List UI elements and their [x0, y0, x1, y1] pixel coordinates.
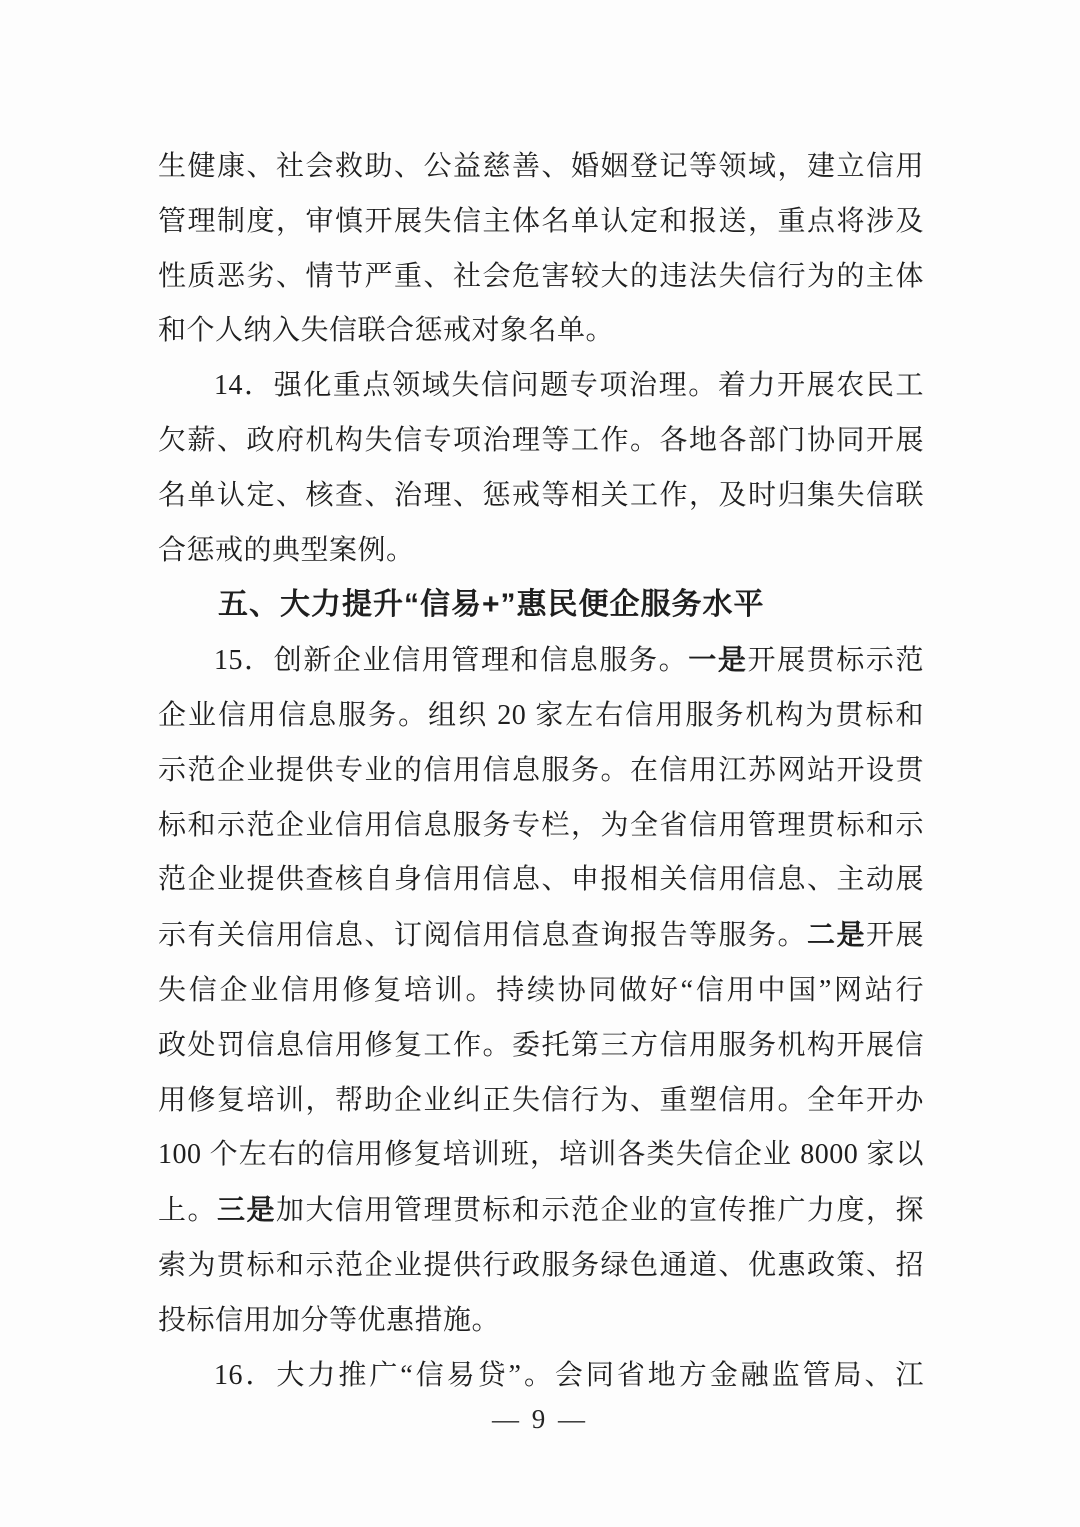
text-line: 上。三是加大信用管理贯标和示范企业的宣传推广力度，探 [158, 1183, 924, 1239]
text-run: 14．强化重点领域失信问题专项治理。着力开展农民工 [214, 370, 924, 401]
text-run: 开展贯标示范 [747, 645, 924, 676]
bold-run: 一是 [688, 644, 747, 675]
text-line: 五、大力提升“信易+”惠民便企服务水平 [158, 578, 924, 633]
text-run: 16．大力推广“信易贷”。会同省地方金融监管局、江 [214, 1360, 924, 1391]
text-run: 示有关信用信息、订阅信用信息查询报告等服务。 [158, 920, 807, 951]
text-run: 15．创新企业信用管理和信息服务。 [214, 645, 688, 676]
text-line: 索为贯标和示范企业提供行政服务绿色通道、优惠政策、招 [158, 1239, 924, 1294]
paragraph-continuation: 生健康、社会救助、公益慈善、婚姻登记等领域，建立信用管理制度，审慎开展失信主体名… [158, 140, 924, 359]
text-line: 生健康、社会救助、公益慈善、婚姻登记等领域，建立信用 [158, 140, 924, 195]
text-run: 投标信用加分等优惠措施。 [158, 1305, 500, 1336]
text-line: 失信企业信用修复培训。持续协同做好“信用中国”网站行 [158, 964, 924, 1019]
text-line: 示有关信用信息、订阅信用信息查询报告等服务。二是开展 [158, 908, 924, 964]
section-heading-5: 五、大力提升“信易+”惠民便企服务水平 [158, 578, 924, 633]
text-line: 性质恶劣、情节严重、社会危害较大的违法失信行为的主体 [158, 250, 924, 305]
text-line: 政处罚信息信用修复工作。委托第三方信用服务机构开展信 [158, 1019, 924, 1074]
text-line: 合惩戒的典型案例。 [158, 524, 924, 579]
text-line: 16．大力推广“信易贷”。会同省地方金融监管局、江 [158, 1349, 924, 1404]
text-run: 标和示范企业信用信息服务专栏，为全省信用管理贯标和示 [158, 810, 924, 841]
item-16: 16．大力推广“信易贷”。会同省地方金融监管局、江 [158, 1349, 924, 1404]
text-line: 100 个左右的信用修复培训班，培训各类失信企业 8000 家以 [158, 1128, 924, 1183]
text-run: 合惩戒的典型案例。 [158, 535, 415, 566]
text-run: 欠薪、政府机构失信专项治理等工作。各地各部门协同开展 [158, 425, 924, 456]
text-run: 范企业提供查核自身信用信息、申报相关信用信息、主动展 [158, 864, 924, 895]
text-line: 标和示范企业信用信息服务专栏，为全省信用管理贯标和示 [158, 799, 924, 854]
text-run: 加大信用管理贯标和示范企业的宣传推广力度，探 [276, 1195, 924, 1226]
text-line: 投标信用加分等优惠措施。 [158, 1294, 924, 1349]
text-run: 生健康、社会救助、公益慈善、婚姻登记等领域，建立信用 [158, 151, 924, 182]
text-line: 企业信用信息服务。组织 20 家左右信用服务机构为贯标和 [158, 689, 924, 744]
text-run: 和个人纳入失信联合惩戒对象名单。 [158, 315, 614, 346]
text-line: 用修复培训，帮助企业纠正失信行为、重塑信用。全年开办 [158, 1074, 924, 1129]
item-15: 15．创新企业信用管理和信息服务。一是开展贯标示范企业信用信息服务。组织 20 … [158, 633, 924, 1348]
text-line: 名单认定、核查、治理、惩戒等相关工作，及时归集失信联 [158, 469, 924, 524]
bold-run: 五、大力提升“信易+”惠民便企服务水平 [218, 588, 765, 621]
text-run: 示范企业提供专业的信用信息服务。在信用江苏网站开设贯 [158, 755, 924, 786]
page-number: — 9 — [0, 1398, 1080, 1440]
document-page: 生健康、社会救助、公益慈善、婚姻登记等领域，建立信用管理制度，审慎开展失信主体名… [0, 0, 1080, 1527]
bold-run: 三是 [217, 1194, 276, 1225]
text-run: 用修复培训，帮助企业纠正失信行为、重塑信用。全年开办 [158, 1085, 924, 1116]
text-line: 和个人纳入失信联合惩戒对象名单。 [158, 304, 924, 359]
text-run: 名单认定、核查、治理、惩戒等相关工作，及时归集失信联 [158, 480, 924, 511]
text-line: 示范企业提供专业的信用信息服务。在信用江苏网站开设贯 [158, 744, 924, 799]
text-line: 14．强化重点领域失信问题专项治理。着力开展农民工 [158, 359, 924, 414]
text-run: 企业信用信息服务。组织 20 家左右信用服务机构为贯标和 [158, 700, 924, 731]
text-line: 管理制度，审慎开展失信主体名单认定和报送，重点将涉及 [158, 195, 924, 250]
document-body: 生健康、社会救助、公益慈善、婚姻登记等领域，建立信用管理制度，审慎开展失信主体名… [158, 140, 924, 1403]
text-line: 15．创新企业信用管理和信息服务。一是开展贯标示范 [158, 633, 924, 689]
text-run: 索为贯标和示范企业提供行政服务绿色通道、优惠政策、招 [158, 1250, 924, 1281]
text-run: 政处罚信息信用修复工作。委托第三方信用服务机构开展信 [158, 1030, 924, 1061]
text-run: 上。 [158, 1195, 217, 1226]
text-run: 开展 [866, 920, 924, 951]
text-run: 失信企业信用修复培训。持续协同做好“信用中国”网站行 [158, 975, 924, 1006]
text-run: 100 个左右的信用修复培训班，培训各类失信企业 8000 家以 [158, 1139, 924, 1170]
text-run: 性质恶劣、情节严重、社会危害较大的违法失信行为的主体 [158, 261, 924, 292]
text-line: 范企业提供查核自身信用信息、申报相关信用信息、主动展 [158, 853, 924, 908]
item-14: 14．强化重点领域失信问题专项治理。着力开展农民工欠薪、政府机构失信专项治理等工… [158, 359, 924, 578]
text-line: 欠薪、政府机构失信专项治理等工作。各地各部门协同开展 [158, 414, 924, 469]
bold-run: 二是 [807, 919, 866, 950]
text-run: 管理制度，审慎开展失信主体名单认定和报送，重点将涉及 [158, 206, 924, 237]
